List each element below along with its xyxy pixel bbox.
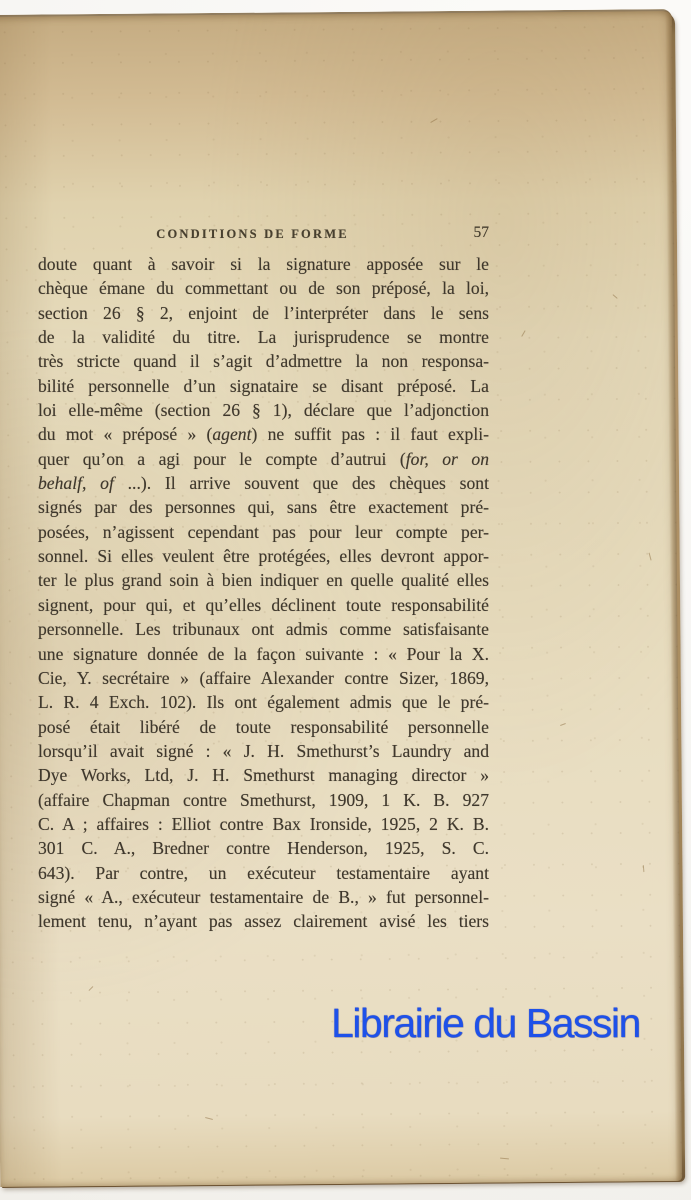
- paper-fiber: [430, 118, 438, 123]
- text-line: L. R. 4 Exch. 102). Ils ont également ad…: [38, 690, 489, 714]
- paper-fiber: [612, 294, 617, 299]
- text-line: loi elle-même (section 26 § 1), déclare …: [38, 398, 489, 422]
- text-line: du mot « préposé » (agent) ne suffit pas…: [38, 422, 489, 446]
- text-line: section 26 § 2, enjoint de l’interpréter…: [38, 301, 489, 325]
- text-line: 301 C. A., Bredner contre Henderson, 192…: [38, 836, 489, 860]
- text-line: quer qu’on a agi pour le compte d’autrui…: [38, 447, 489, 471]
- text-line: posé était libéré de toute responsabilit…: [38, 715, 489, 739]
- text-line: signent, pour qui, et qu’elles déclinent…: [38, 593, 489, 617]
- page-header: CONDITIONS DE FORME 57: [38, 227, 489, 247]
- paper-fiber: [648, 553, 651, 561]
- text-line: lement tenu, n’ayant pas assez clairemen…: [38, 909, 489, 933]
- text-line: C. A ; affaires : Elliot contre Bax Iron…: [38, 812, 489, 836]
- text-line: sonnel. Si elles veulent être protégées,…: [38, 544, 489, 568]
- text-line: personnelle. Les tribunaux ont admis com…: [38, 617, 489, 641]
- text-line: ter le plus grand soin à bien indiquer e…: [38, 568, 489, 592]
- paper-fiber: [560, 723, 566, 726]
- running-title: CONDITIONS DE FORME: [38, 227, 467, 242]
- text-line: Dye Works, Ltd, J. H. Smethurst managing…: [38, 763, 489, 787]
- photo-background: CONDITIONS DE FORME 57 doute quant à sav…: [0, 0, 691, 1200]
- text-line: de la validité du titre. La jurisprudenc…: [38, 325, 489, 349]
- watermark-text: Librairie du Bassin: [331, 1000, 640, 1047]
- text-line: 643). Par contre, un exécuteur testament…: [38, 861, 489, 885]
- text-line: behalf, of ...). Il arrive souvent que d…: [38, 471, 489, 495]
- paper-fiber: [500, 1158, 509, 1160]
- body-text: doute quant à savoir si la signature app…: [38, 252, 489, 934]
- text-line: très stricte quand il s’agit d’admettre …: [38, 349, 489, 373]
- text-line: Cie, Y. secrétaire » (affaire Alexander …: [38, 666, 489, 690]
- text-line: une signature donnée de la façon suivant…: [38, 642, 489, 666]
- paper-fiber: [205, 1117, 213, 1120]
- page-number: 57: [474, 224, 490, 242]
- paper-fiber: [88, 986, 93, 991]
- text-line: signés par des personnes qui, sans être …: [38, 495, 489, 519]
- text-line: signé « A., exécuteur testamentaire de B…: [38, 885, 489, 909]
- paper-fiber: [521, 330, 526, 337]
- text-line: lorsqu’il avait signé : « J. H. Smethurs…: [38, 739, 489, 763]
- page-content: CONDITIONS DE FORME 57 doute quant à sav…: [0, 0, 691, 1200]
- text-line: (affaire Chapman contre Smethurst, 1909,…: [38, 788, 489, 812]
- text-line: chèque émane du commettant ou de son pré…: [38, 276, 489, 300]
- text-line: doute quant à savoir si la signature app…: [38, 252, 489, 276]
- text-line: bilité personnelle d’un signataire se di…: [38, 374, 489, 398]
- text-line: posées, n’agissent cependant pas pour le…: [38, 520, 489, 544]
- paper-fiber: [643, 865, 645, 872]
